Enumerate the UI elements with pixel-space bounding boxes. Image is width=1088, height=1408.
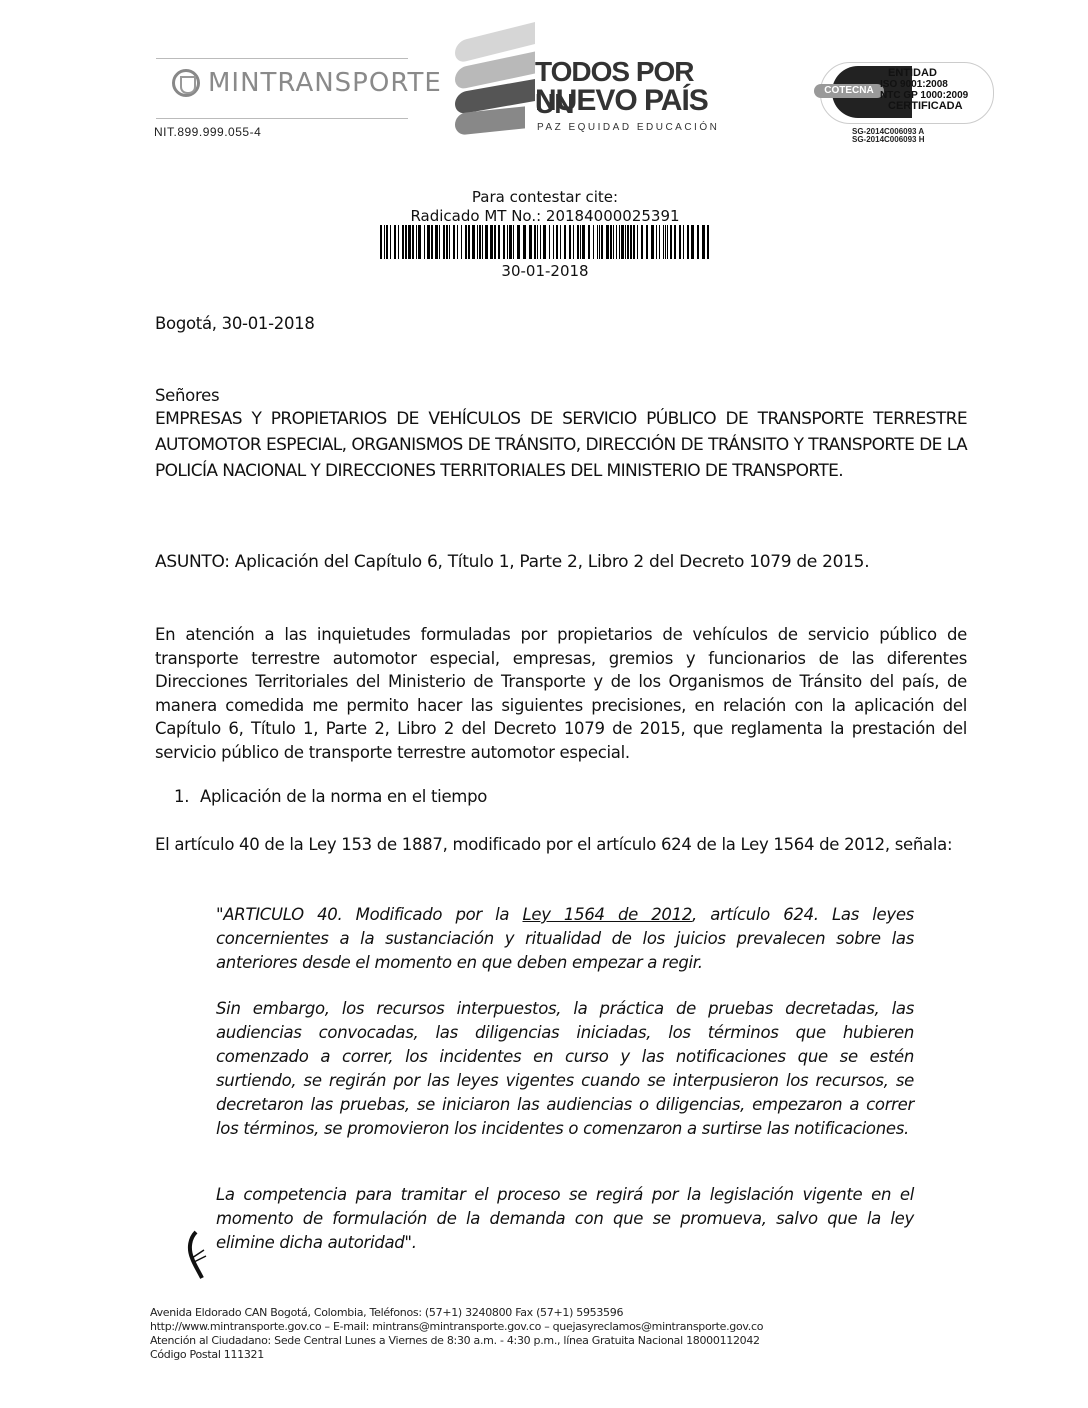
reply-instruction: Para contestar cite: [380, 188, 710, 206]
subject-line: ASUNTO: Aplicación del Capítulo 6, Títul… [155, 552, 869, 572]
addressee: EMPRESAS Y PROPIETARIOS DE VEHÍCULOS DE … [155, 406, 967, 484]
cert-code: SG-2014C006093 H [852, 136, 925, 144]
cert-line: CERTIFICADA [880, 101, 968, 112]
nit-number: NIT.899.999.055-4 [154, 125, 261, 139]
mintransporte-logo: MINTRANSPORTE [148, 52, 408, 112]
quote-paragraph: Sin embargo, los recursos interpuestos, … [216, 997, 914, 1141]
radicado-block: Para contestar cite: Radicado MT No.: 20… [380, 188, 710, 280]
place-and-date: Bogotá, 30-01-2018 [155, 314, 315, 333]
todos-por-un-nuevo-pais-logo: TODOS POR UN NUEVO PAÍS PAZ EQUIDAD EDUC… [455, 22, 725, 142]
cotecna-brand: COTECNA [814, 84, 884, 98]
section-number: 1. [174, 787, 200, 806]
section-heading: 1.Aplicación de la norma en el tiempo [174, 787, 487, 806]
footer-postal-code: Código Postal 111321 [150, 1348, 763, 1362]
footer-hours: Atención al Ciudadano: Sede Central Lune… [150, 1334, 763, 1348]
ley-1564-link[interactable]: Ley 1564 de 2012 [522, 905, 692, 924]
logo-line-2: NUEVO PAÍS [535, 84, 708, 118]
section-title: Aplicación de la norma en el tiempo [200, 787, 487, 806]
footer-contact: Avenida Eldorado CAN Bogotá, Colombia, T… [150, 1306, 763, 1362]
intro-paragraph: En atención a las inquietudes formuladas… [155, 623, 967, 764]
cert-line: ENTIDAD [880, 68, 968, 79]
radicado-number: Radicado MT No.: 20184000025391 [380, 207, 710, 225]
signature-mark-icon [184, 1228, 214, 1288]
salutation: Señores [155, 386, 219, 405]
divider [156, 118, 408, 119]
quote-paragraph: La competencia para tramitar el proceso … [216, 1183, 914, 1255]
radicado-date: 30-01-2018 [380, 262, 710, 280]
cert-line: ISO 9001:2008 [880, 79, 968, 90]
quote-paragraph: "ARTICULO 40. Modificado por la Ley 1564… [216, 903, 914, 975]
coat-of-arms-seal-icon [172, 69, 200, 97]
logo-tagline: PAZ EQUIDAD EDUCACIÓN [537, 122, 719, 133]
footer-web-email: http://www.mintransporte.gov.co – E-mail… [150, 1320, 763, 1334]
barcode-icon [380, 225, 712, 259]
divider [156, 58, 408, 59]
footer-address: Avenida Eldorado CAN Bogotá, Colombia, T… [150, 1306, 763, 1320]
certification-badge: COTECNA ENTIDAD ISO 9001:2008 NTC GP 100… [812, 60, 992, 140]
ministry-name: MINTRANSPORTE [208, 68, 442, 98]
law-paragraph: El artículo 40 de la Ley 153 de 1887, mo… [155, 833, 967, 857]
